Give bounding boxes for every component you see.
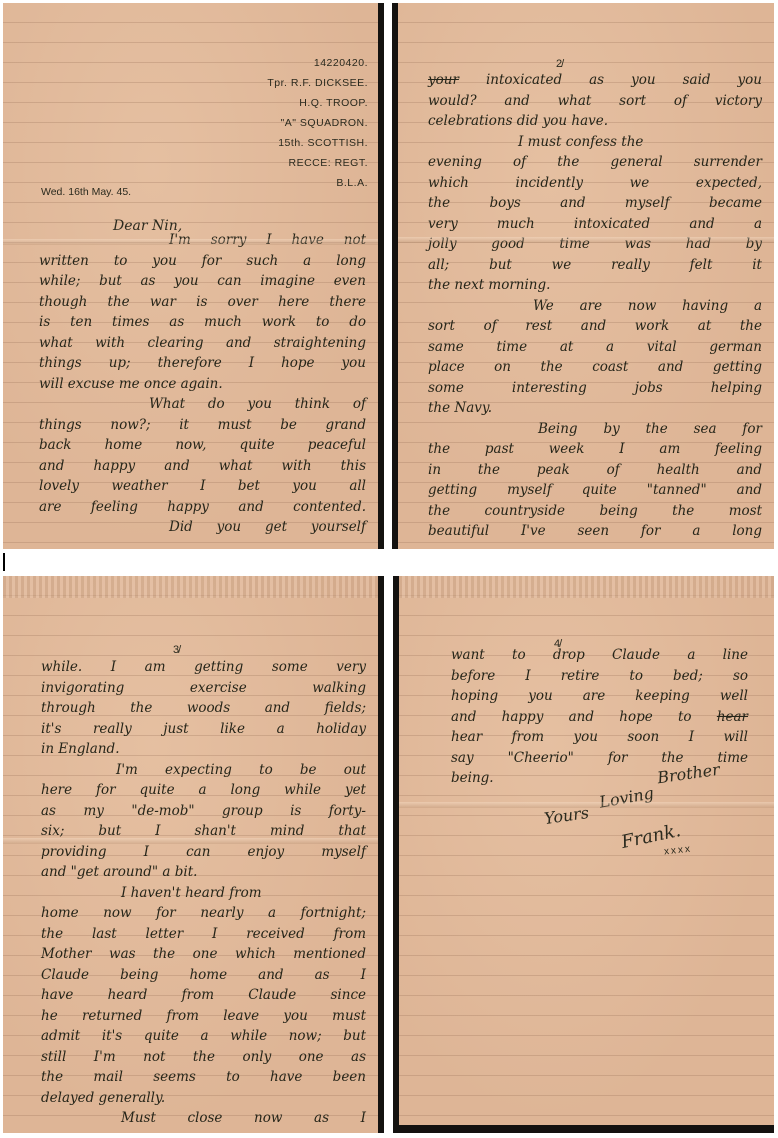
letter-page-3: 3 while. I am getting some very invigora…	[3, 576, 384, 1133]
text-line: still I'm not the only one as	[41, 1047, 366, 1068]
text-line: jolly good time was had by	[428, 234, 762, 255]
text-line: Mother was the one which mentioned	[41, 944, 366, 965]
text-line: the last letter I received from	[41, 924, 366, 945]
address-regiment: RECCE: REGT.	[267, 153, 368, 173]
text-line: the mail seems to have been	[41, 1067, 366, 1088]
text-line: and happy and what with this	[39, 456, 366, 477]
address-bla: B.L.A.	[267, 173, 368, 193]
text-line: six; but I shan't mind that	[41, 821, 366, 842]
sender-name: Tpr. R.F. DICKSEE.	[267, 73, 368, 93]
text-line: in England.	[41, 739, 366, 760]
page-number: 3	[173, 644, 181, 656]
text-line: getting myself quite "tanned" and	[428, 480, 762, 501]
letter-page-2: 2 your intoxicated as you said you would…	[392, 3, 774, 549]
struck-word: your	[428, 72, 459, 88]
text-line: Being by the sea for	[428, 419, 762, 440]
text-line: the next morning.	[428, 275, 762, 296]
text-line: sort of rest and work at the	[428, 316, 762, 337]
page-number: 2	[556, 58, 564, 70]
text-line: very much intoxicated and a	[428, 214, 762, 235]
letter-body-page-1: I'm sorry I have not written to you for …	[39, 230, 366, 538]
text-line: the boys and myself became	[428, 193, 762, 214]
text-line: the Navy.	[428, 398, 762, 419]
text-line: I'm expecting to be out	[41, 760, 366, 781]
text-line: and "get around" a bit.	[41, 862, 366, 883]
paper-edge-strip	[399, 576, 774, 598]
text-line: though the war is over here there	[39, 292, 366, 313]
text-line: and happy and hope to hear	[451, 707, 748, 728]
text-line: will excuse me once again.	[39, 374, 366, 395]
letter-page-1: 14220420. Tpr. R.F. DICKSEE. H.Q. TROOP.…	[3, 3, 384, 549]
letter-body-page-3: while. I am getting some very invigorati…	[41, 657, 366, 1129]
text-line: the past week I am feeling	[428, 439, 762, 460]
struck-word: hear	[717, 709, 748, 725]
text-line: what with clearing and straightening	[39, 333, 366, 354]
text-line: is ten times as much work to do	[39, 312, 366, 333]
text-line: lovely weather I bet you all	[39, 476, 366, 497]
text-line: before I retire to bed; so	[451, 666, 748, 687]
letter-body-page-2: your intoxicated as you said you would? …	[428, 70, 762, 542]
text-line: some interesting jobs helping	[428, 378, 762, 399]
text-line: I'm sorry I have not	[39, 230, 366, 251]
signoff-yours: Yours	[543, 803, 590, 828]
text-line: place on the coast and getting	[428, 357, 762, 378]
text-line: it's really just like a holiday	[41, 719, 366, 740]
text-line: same time at a vital german	[428, 337, 762, 358]
paper-edge-strip	[3, 576, 378, 598]
text-line: delayed generally.	[41, 1088, 366, 1109]
text-line: invigorating exercise walking	[41, 678, 366, 699]
text-line: evening of the general surrender	[428, 152, 762, 173]
text-line: back home now, quite peaceful	[39, 435, 366, 456]
text-line: as my "de-mob" group is forty-	[41, 801, 366, 822]
address-troop: H.Q. TROOP.	[267, 93, 368, 113]
text-line: home now for nearly a fortnight;	[41, 903, 366, 924]
text-line: I must confess the	[428, 132, 762, 153]
text-line: Did you get yourself	[39, 517, 366, 538]
text-line: Must close now as I	[41, 1108, 366, 1129]
text-line: he returned from leave you must	[41, 1006, 366, 1027]
address-squadron: "A" SQUADRON.	[267, 113, 368, 133]
letter-date: Wed. 16th May. 45.	[41, 186, 131, 198]
text-line: all; but we really felt it	[428, 255, 762, 276]
text-line: celebrations did you have.	[428, 111, 762, 132]
text-line: which incidently we expected,	[428, 173, 762, 194]
letter-page-4: 4 want to drop Claude a line before I re…	[393, 576, 774, 1133]
text-line: through the woods and fields;	[41, 698, 366, 719]
text-line: are feeling happy and contented.	[39, 497, 366, 518]
text-line: What do you think of	[39, 394, 366, 415]
text-line: while; but as you can imagine even	[39, 271, 366, 292]
text-line: I haven't heard from	[41, 883, 366, 904]
text-line: things up; therefore I hope you	[39, 353, 366, 374]
text-line: here for quite a long while yet	[41, 780, 366, 801]
separator-mark	[3, 553, 5, 571]
text-line: have heard from Claude since	[41, 985, 366, 1006]
text-line: things now?; it must be grand	[39, 415, 366, 436]
text-line: beautiful I've seen for a long	[428, 521, 762, 542]
text-line: written to you for such a long	[39, 251, 366, 272]
text-line: would? and what sort of victory	[428, 91, 762, 112]
text-line: want to drop Claude a line	[451, 645, 748, 666]
address-division: 15th. SCOTTISH.	[267, 133, 368, 153]
text-line: admit it's quite a while now; but	[41, 1026, 366, 1047]
text-line: the countryside being the most	[428, 501, 762, 522]
service-number: 14220420.	[267, 53, 368, 73]
text-line: Claude being home and as I	[41, 965, 366, 986]
sender-address: 14220420. Tpr. R.F. DICKSEE. H.Q. TROOP.…	[267, 53, 368, 193]
text-line: your intoxicated as you said you	[428, 70, 762, 91]
text-line: hoping you are keeping well	[451, 686, 748, 707]
text-line: hear from you soon I will	[451, 727, 748, 748]
text-line: providing I can enjoy myself	[41, 842, 366, 863]
text-line: while. I am getting some very	[41, 657, 366, 678]
text-line: in the peak of health and	[428, 460, 762, 481]
kisses: xxxx	[664, 844, 693, 858]
text-line: We are now having a	[428, 296, 762, 317]
